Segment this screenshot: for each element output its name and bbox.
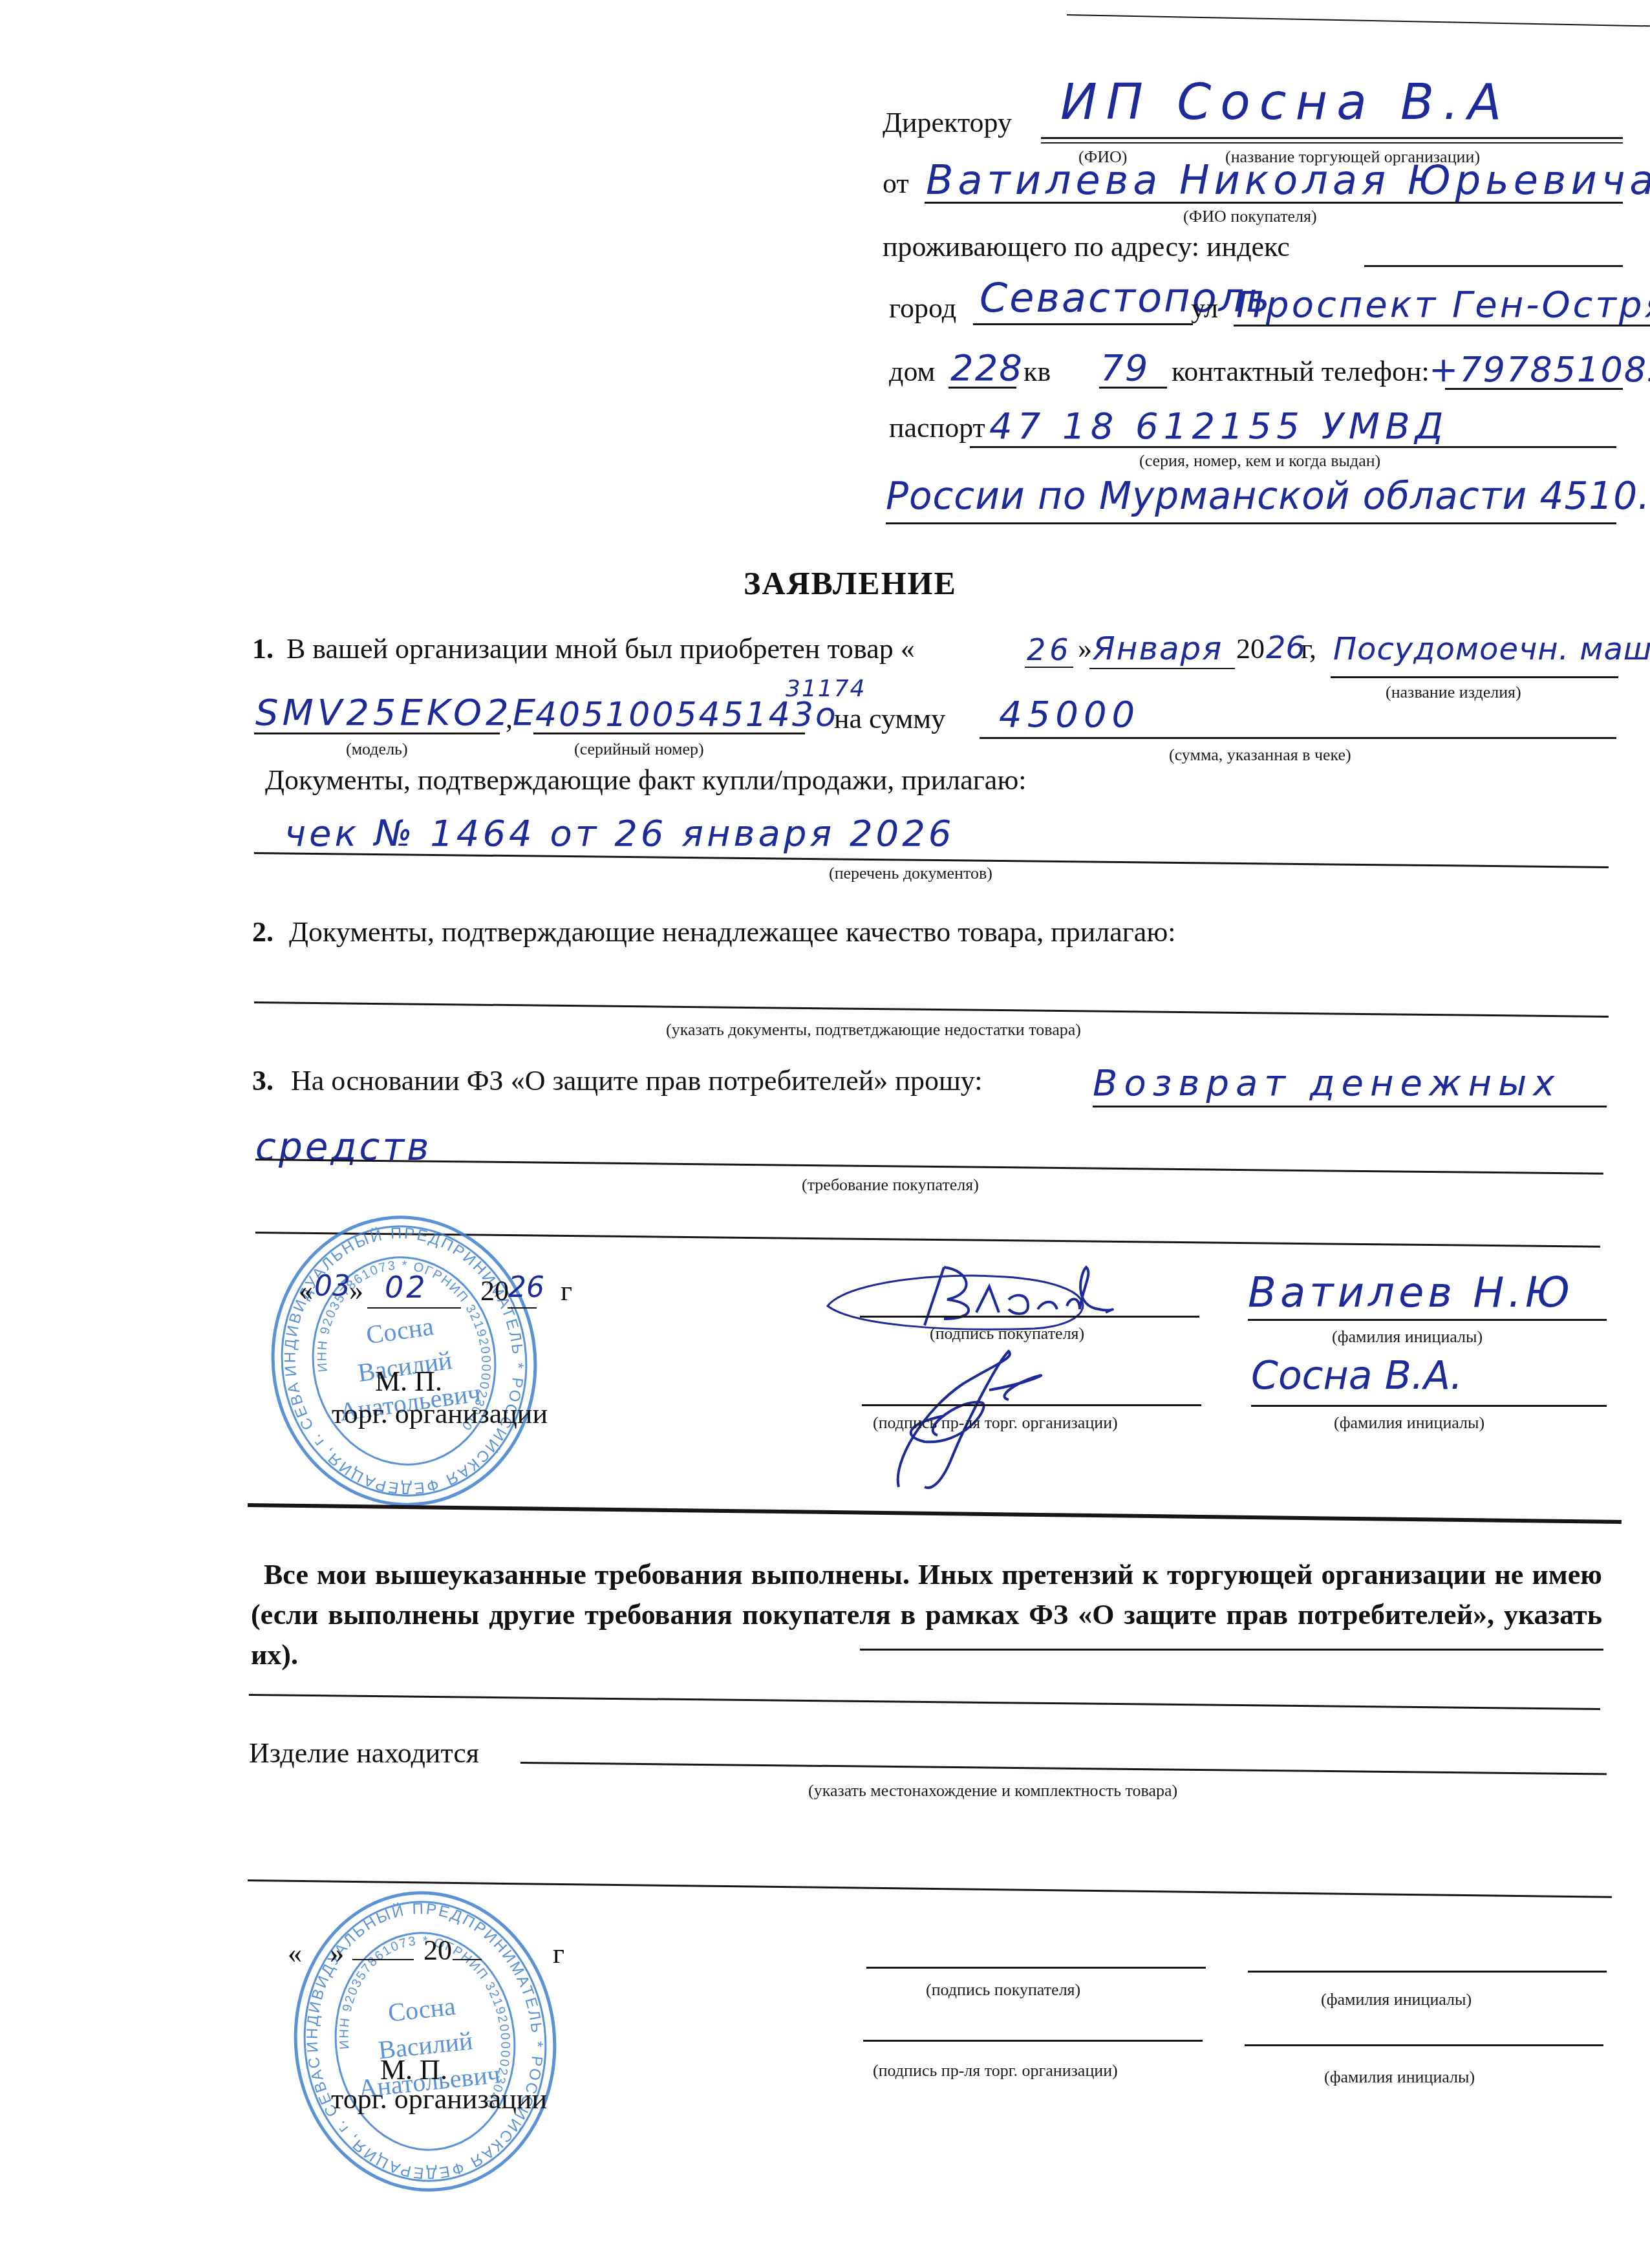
model-caption: (модель)	[346, 741, 408, 758]
director-underline	[1041, 137, 1623, 139]
phone-label: контактный телефон:	[1172, 358, 1430, 386]
date2-day-field[interactable]	[304, 1940, 330, 1969]
quote-close: »	[1078, 635, 1092, 663]
date1-year: 26	[508, 1274, 544, 1302]
from-label: от	[883, 169, 909, 198]
org1-label: торг. организации	[332, 1400, 548, 1428]
section2-number: 2.	[252, 918, 273, 947]
docs-label: Документы, подтверждающие факт купли/про…	[265, 766, 1026, 795]
model-value: SMV25EKO2E	[255, 695, 539, 731]
seller-sign-underline	[862, 1404, 1201, 1406]
seller-sign-underline-2	[863, 2040, 1203, 2042]
section3-caption: (требование покупателя)	[802, 1177, 979, 1193]
street-value: Проспект Ген-Острякова	[1236, 287, 1650, 323]
sum-caption: (сумма, указанная в чеке)	[1169, 747, 1351, 764]
apt-value: 79	[1100, 350, 1149, 387]
buyer-name-underline-2	[1248, 1971, 1607, 1973]
section3-text: На основании ФЗ «О защите прав потребите…	[291, 1067, 982, 1095]
buyer-name-underline	[1248, 1319, 1607, 1321]
completion-underline-2	[249, 1694, 1600, 1710]
director-underline-2	[1041, 142, 1623, 144]
date1-month: 02	[385, 1272, 428, 1302]
date1-day: 03	[314, 1272, 350, 1301]
seller-name-caption-2: (фамилия инициалы)	[1324, 2069, 1475, 2086]
date1-month-underline	[367, 1307, 461, 1309]
org2-label: торг. организации	[331, 2085, 547, 2113]
buyer-sign-underline-2	[866, 1967, 1206, 1969]
section3-value-line1: Возврат денежных	[1093, 1065, 1561, 1102]
model-serial-comma: ,	[506, 705, 513, 733]
docs-caption: (перечень документов)	[829, 865, 992, 882]
date2-year-prefix: 20	[423, 1936, 452, 1965]
passport-value-line2: России по Мурманской области 4510.013	[886, 477, 1650, 515]
section2-field[interactable]	[254, 963, 1605, 992]
city-underline	[973, 323, 1193, 325]
date1-year-underline	[508, 1307, 537, 1309]
buyer-name-value: Ватилев Н.Ю	[1248, 1272, 1574, 1314]
sum-underline	[980, 737, 1616, 739]
passport-underline	[970, 446, 1616, 448]
company-stamp-2: ИНДИВИДУАЛЬНЫЙ ПРЕДПРИНИМАТЕЛЬ * РОССИЙС…	[279, 1878, 571, 2205]
location-label: Изделие находится	[249, 1739, 479, 1768]
date1-close: »	[349, 1277, 363, 1305]
purchase-month-underline	[1089, 668, 1235, 669]
phone-value: +79785108549	[1429, 352, 1650, 387]
completion-underline-1	[860, 1649, 1603, 1651]
seller-name-value: Сосна В.А.	[1251, 1356, 1462, 1395]
index-underline	[1364, 265, 1623, 267]
seller-name-underline-2	[1245, 2044, 1603, 2046]
buyer-sign-underline	[860, 1316, 1199, 1318]
year-prefix: 20	[1236, 635, 1265, 663]
passport-caption: (серия, номер, кем и когда выдан)	[1139, 453, 1380, 469]
sum-label: на сумму	[834, 705, 945, 733]
section-divider	[248, 1503, 1622, 1524]
serial-caption: (серийный номер)	[574, 741, 704, 758]
product-caption: (название изделия)	[1386, 684, 1521, 701]
house-underline	[948, 387, 1016, 389]
buyer-name-caption: (фамилия инициалы)	[1332, 1329, 1483, 1345]
phone-underline	[1445, 388, 1623, 390]
passport-label: паспорт	[889, 414, 985, 442]
director-label: Директору	[883, 109, 1012, 137]
serial-value: 405100545143о	[535, 698, 838, 732]
sum-value: 45000	[999, 697, 1140, 733]
from-value: Ватилева Николая Юрьевича	[926, 160, 1650, 200]
purchase-year-value: 26	[1266, 632, 1305, 663]
street-underline	[1234, 325, 1650, 326]
passport-value: 47 18 612155 УМВД	[989, 409, 1448, 445]
section2-underline	[254, 1001, 1609, 1018]
date2-year-underline	[453, 1959, 482, 1960]
date1-suffix: г	[561, 1277, 572, 1305]
house-value: 228	[950, 350, 1023, 387]
buyer-name-caption-2: (фамилия инициалы)	[1321, 1991, 1472, 2008]
address-label: проживающего по адресу: индекс	[883, 233, 1290, 261]
section3-number: 3.	[252, 1067, 273, 1095]
index-field[interactable]	[1364, 233, 1623, 259]
product-underline	[1331, 676, 1618, 678]
section3-underline-2	[255, 1159, 1603, 1175]
purchase-day-underline	[1025, 667, 1073, 668]
year-suffix: г,	[1301, 635, 1316, 663]
purchase-month-value: Января	[1093, 632, 1223, 665]
page-title: ЗАЯВЛЕНИЕ	[744, 564, 957, 602]
city-label: город	[889, 294, 956, 323]
date1-open: «	[299, 1277, 313, 1305]
passport-line2-underline	[886, 522, 1616, 524]
serial-underline	[533, 733, 805, 734]
section3-underline-1	[1093, 1106, 1607, 1107]
street-label: ул	[1191, 294, 1218, 323]
company-stamp: ИНДИВИДУАЛЬНЫЙ ПРЕДПРИНИМАТЕЛЬ * РОССИЙС…	[253, 1199, 556, 1524]
from-caption: (ФИО покупателя)	[1183, 208, 1317, 225]
seller-sign-caption-2: (подпись пр-ля торг. организации)	[873, 2062, 1118, 2079]
product-value: Посудомоечн. маш	[1333, 634, 1650, 665]
city-value: Севастополь	[980, 278, 1272, 318]
model-underline	[254, 733, 500, 734]
serial-superscript: 31174	[786, 678, 866, 701]
date1-year-prefix: 20	[480, 1277, 509, 1305]
date2-close: »	[330, 1940, 344, 1968]
section1-number: 1.	[252, 635, 273, 663]
apt-label: кв	[1023, 358, 1051, 386]
location-caption: (указать местонахождение и комплектность…	[808, 1782, 1177, 1799]
section2-caption: (указать документы, подтветджающие недос…	[666, 1022, 1081, 1038]
seller-name-underline	[1251, 1405, 1607, 1407]
director-value: ИП Сосна В.А	[1060, 78, 1510, 127]
seller-name-caption: (фамилия инициалы)	[1334, 1415, 1484, 1431]
section2-text: Документы, подтверждающие ненадлежащее к…	[289, 918, 1176, 947]
seller-sign-caption: (подпись пр-ля торг. организации)	[873, 1415, 1118, 1431]
section1-text: В вашей организации мной был приобретен …	[286, 635, 915, 663]
docs-value: чек № 1464 от 26 января 2026	[284, 816, 954, 852]
scan-edge-line	[1067, 14, 1650, 27]
date2-open: «	[288, 1940, 302, 1968]
date2-month-underline	[352, 1959, 414, 1960]
date2-suffix: г	[553, 1940, 564, 1968]
house-label: дом	[889, 358, 935, 386]
from-underline	[925, 202, 1623, 204]
mp1-label: М. П.	[375, 1367, 442, 1396]
mp2-label: М. П.	[380, 2056, 447, 2084]
apt-underline	[1099, 387, 1167, 389]
buyer-sign-caption-2: (подпись покупателя)	[926, 1982, 1080, 1998]
purchase-day-value: 26	[1027, 635, 1073, 665]
completion-paragraph: Все мои вышеуказанные требования выполне…	[251, 1555, 1602, 1675]
